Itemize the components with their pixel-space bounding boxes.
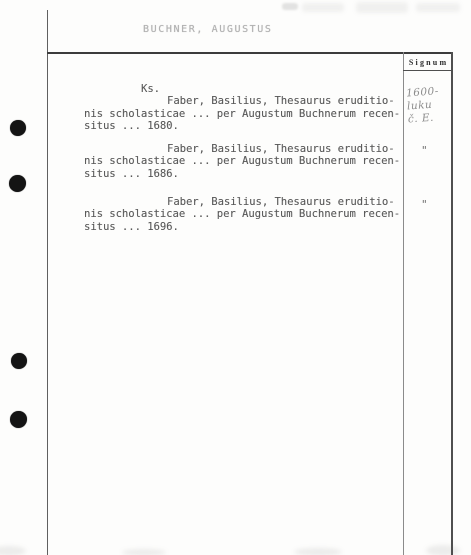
entry-line: situs ... 1696. xyxy=(84,221,400,233)
catalog-entry-1696: Faber, Basilius, Thesaurus eruditio- nis… xyxy=(84,196,400,233)
entry-line: nis scholasticae ... per Augustum Buchne… xyxy=(84,108,400,120)
card-heading: BUCHNER, AUGUSTUS xyxy=(143,24,273,35)
punch-hole-dot xyxy=(11,353,27,369)
table-right-border xyxy=(451,52,453,555)
signum-ditto-mark: " xyxy=(421,144,428,157)
scan-artifact xyxy=(426,545,460,555)
handwritten-signum: 1600- luku č. E. xyxy=(406,85,453,127)
left-margin-rule xyxy=(47,10,48,555)
signum-ditto-mark: " xyxy=(421,198,428,211)
catalog-entry-1680: Ks. Faber, Basilius, Thesaurus eruditio-… xyxy=(84,83,400,133)
scan-artifact xyxy=(416,3,460,12)
signum-header-underline xyxy=(403,70,452,71)
scan-artifact xyxy=(282,3,298,10)
entry-line: Faber, Basilius, Thesaurus eruditio- xyxy=(167,95,400,107)
signum-column-header: Signum xyxy=(403,54,452,70)
punch-hole-dot xyxy=(10,411,27,428)
entry-line: Faber, Basilius, Thesaurus eruditio- xyxy=(167,196,400,208)
scan-artifact xyxy=(302,3,344,12)
entry-line: nis scholasticae ... per Augustum Buchne… xyxy=(84,155,400,167)
scan-artifact xyxy=(0,546,26,555)
punch-hole-dot xyxy=(10,120,26,136)
entry-line: situs ... 1686. xyxy=(84,168,400,180)
punch-hole-dot xyxy=(9,175,26,192)
signum-column-divider xyxy=(403,52,404,555)
catalog-card-scan: BUCHNER, AUGUSTUS Signum 1600- luku č. E… xyxy=(0,0,471,555)
catalog-entry-1686: Faber, Basilius, Thesaurus eruditio- nis… xyxy=(84,143,400,180)
scan-artifact xyxy=(356,2,408,13)
table-top-border xyxy=(47,52,452,54)
entry-line: Faber, Basilius, Thesaurus eruditio- xyxy=(167,143,400,155)
handwritten-signum-line: č. E. xyxy=(408,110,453,126)
see-reference: Ks. xyxy=(141,83,400,95)
scan-artifact xyxy=(294,548,342,555)
entry-line: nis scholasticae ... per Augustum Buchne… xyxy=(84,208,400,220)
scan-artifact xyxy=(122,549,166,555)
entry-line: situs ... 1680. xyxy=(84,120,400,132)
